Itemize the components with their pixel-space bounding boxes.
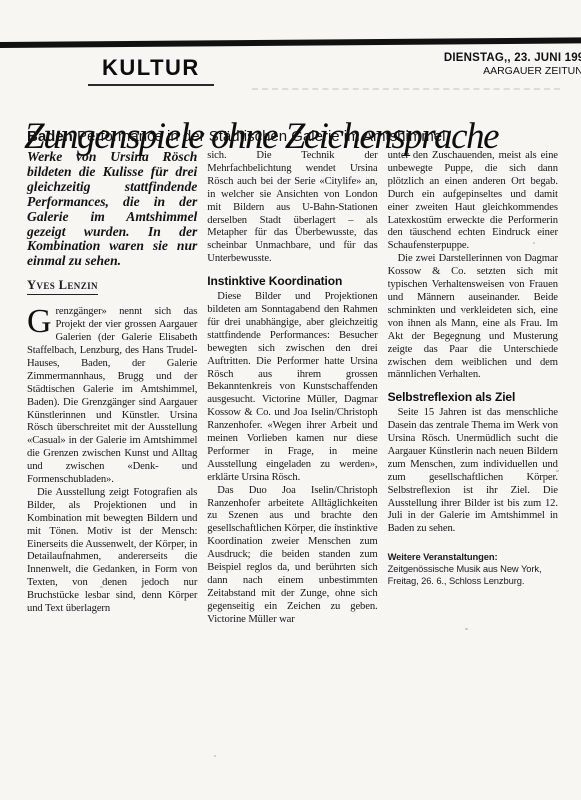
events-note-label: Weitere Veranstaltungen: [388,551,498,562]
lead-paragraph: Werke von Ursina Rösch bildeten die Kuli… [27,150,197,269]
kicker-location: Baden [27,128,73,145]
column-2: sich. Die Technik der Mehrfachbelichtung… [207,150,377,627]
paragraph: Seite 15 Jahren ist das menschliche Dase… [388,407,558,536]
paragraph: Grenzgänger» nennt sich das Projekt der … [27,306,197,487]
masthead-rule [0,37,581,48]
column-2-body: sich. Die Technik der Mehrfachbelichtung… [207,150,377,627]
column-1: Werke von Ursina Rösch bildeten die Kuli… [27,150,197,627]
newspaper-page: { "colors": { "paper": "#f7f6f2", "ink":… [0,0,581,800]
paper-name: AARGAUER ZEITUNG [444,65,581,77]
paragraph: unter den Zuschauenden, meist als eine u… [388,150,558,253]
section-label: KULTUR [88,55,214,86]
scan-speck [214,755,216,757]
scan-speck [100,586,103,588]
paragraph: Diese Bilder und Projektionen bildeten a… [207,291,377,485]
events-note: Weitere Veranstaltungen: Zeitgenössische… [388,551,558,587]
dropcap: G [27,306,55,335]
column-3-body: unter den Zuschauenden, meist als eine u… [388,150,558,587]
scan-smudge [252,88,560,90]
paragraph: Die zwei Darstellerinnen von Dagmar Koss… [388,253,558,382]
paragraph: sich. Die Technik der Mehrfachbelichtung… [207,150,377,266]
scan-speck [556,470,559,472]
article-columns: Werke von Ursina Rösch bildeten die Kuli… [27,150,558,627]
scan-speck [462,311,465,313]
column-3: unter den Zuschauenden, meist als eine u… [388,150,558,627]
scan-speck [336,524,338,526]
byline: Yves Lenzin [27,278,98,295]
scan-speck [465,628,468,630]
masthead-right: DIENSTAG,, 23. JUNI 1992 AARGAUER ZEITUN… [444,52,581,77]
paragraph: Die Ausstellung zeigt Fotografien als Bi… [27,487,197,616]
paragraph: Das Duo Joa Iselin/Christoph Ranzenhofer… [207,485,377,627]
issue-date: DIENSTAG,, 23. JUNI 1992 [444,52,581,64]
article-kicker: Baden Performance in der Städtischen Gal… [27,128,446,145]
scan-speck [533,242,535,244]
column-1-body: Grenzgänger» nennt sich das Projekt der … [27,306,197,616]
kicker-text: Performance in der Städtischen Galerie i… [73,128,446,145]
subheading-selbstreflexion-als-ziel: Selbstreflexion als Ziel [388,391,558,404]
subheading-instinktive-koordination: Instinktive Koordination [207,275,377,288]
events-note-text: Zeitgenössische Musik aus New York, Frei… [388,563,542,586]
